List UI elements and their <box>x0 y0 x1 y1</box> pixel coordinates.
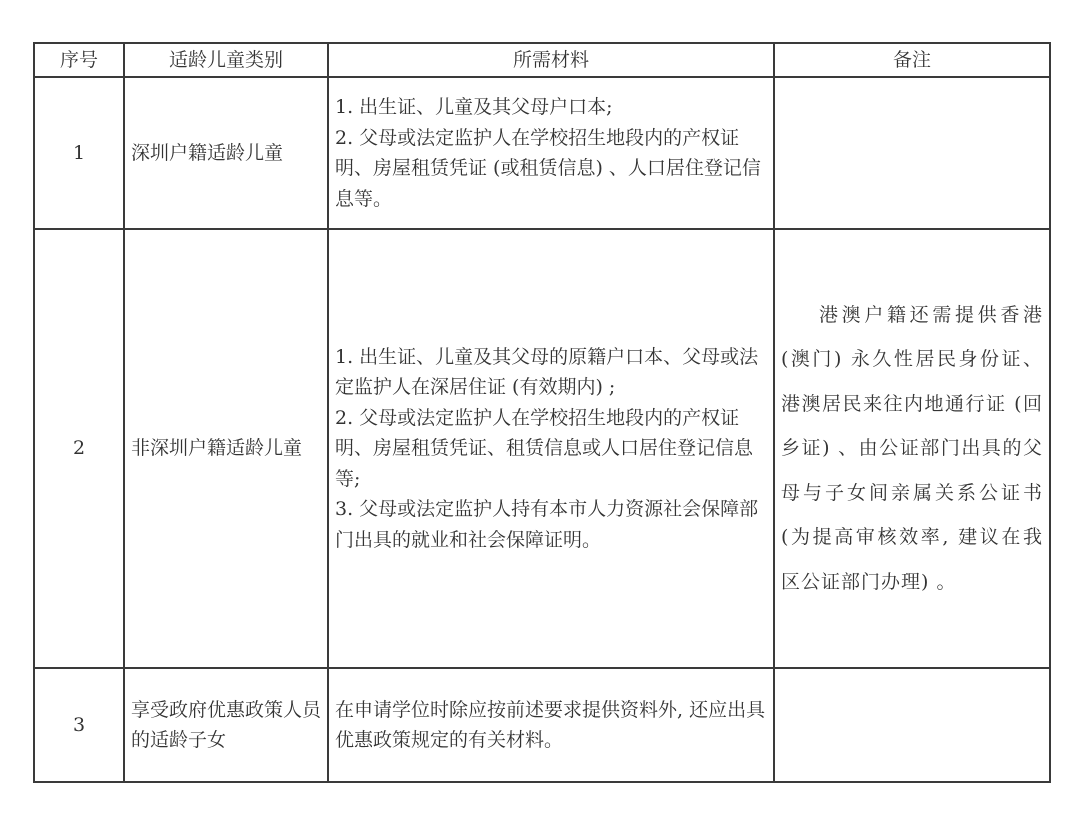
table-header-row: 序号 适龄儿童类别 所需材料 备注 <box>34 43 1050 77</box>
admission-materials-table: 序号 适龄儿童类别 所需材料 备注 1 深圳户籍适龄儿童 1. 出生证、儿童及其… <box>33 42 1051 783</box>
material-item: 在申请学位时除应按前述要求提供资料外, 还应出具优惠政策规定的有关材料。 <box>335 695 767 756</box>
row-number: 3 <box>34 668 124 782</box>
table-row: 2 非深圳户籍适龄儿童 1. 出生证、儿童及其父母的原籍户口本、父母或法定监护人… <box>34 229 1050 668</box>
material-item: 1. 出生证、儿童及其父母的原籍户口本、父母或法定监护人在深居住证 (有效期内)… <box>335 342 767 403</box>
row-notes <box>774 668 1050 782</box>
row-materials: 1. 出生证、儿童及其父母户口本; 2. 父母或法定监护人在学校招生地段内的产权… <box>328 77 774 229</box>
row-notes: 港澳户籍还需提供香港 (澳门) 永久性居民身份证、港澳居民来往内地通行证 (回乡… <box>774 229 1050 668</box>
header-category: 适龄儿童类别 <box>124 43 328 77</box>
material-item: 1. 出生证、儿童及其父母户口本; <box>335 92 767 123</box>
header-number: 序号 <box>34 43 124 77</box>
material-item: 2. 父母或法定监护人在学校招生地段内的产权证明、房屋租赁凭证、租赁信息或人口居… <box>335 403 767 495</box>
row-category: 享受政府优惠政策人员的适龄子女 <box>124 668 328 782</box>
row-category: 非深圳户籍适龄儿童 <box>124 229 328 668</box>
row-category: 深圳户籍适龄儿童 <box>124 77 328 229</box>
row-number: 1 <box>34 77 124 229</box>
notes-text: 港澳户籍还需提供香港 (澳门) 永久性居民身份证、港澳居民来往内地通行证 (回乡… <box>781 293 1043 605</box>
row-materials: 1. 出生证、儿童及其父母的原籍户口本、父母或法定监护人在深居住证 (有效期内)… <box>328 229 774 668</box>
row-materials: 在申请学位时除应按前述要求提供资料外, 还应出具优惠政策规定的有关材料。 <box>328 668 774 782</box>
row-number: 2 <box>34 229 124 668</box>
material-item: 2. 父母或法定监护人在学校招生地段内的产权证明、房屋租赁凭证 (或租赁信息) … <box>335 123 767 215</box>
material-item: 3. 父母或法定监护人持有本市人力资源社会保障部门出具的就业和社会保障证明。 <box>335 494 767 555</box>
header-materials: 所需材料 <box>328 43 774 77</box>
table-row: 1 深圳户籍适龄儿童 1. 出生证、儿童及其父母户口本; 2. 父母或法定监护人… <box>34 77 1050 229</box>
row-notes <box>774 77 1050 229</box>
table-row: 3 享受政府优惠政策人员的适龄子女 在申请学位时除应按前述要求提供资料外, 还应… <box>34 668 1050 782</box>
header-notes: 备注 <box>774 43 1050 77</box>
